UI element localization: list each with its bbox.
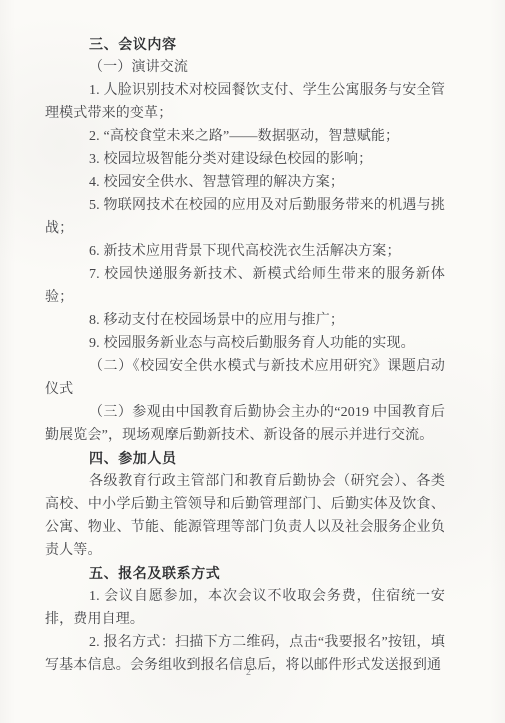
subsection-exhibition-visit: （三）参观由中国教育后勤协会主办的“2019 中国教育后勤展览会”，现场观摩后勤…: [45, 401, 445, 447]
document-body: 三、会议内容 （一）演讲交流 1. 人脸识别技术对校园餐饮支付、学生公寓服务与安…: [45, 33, 445, 677]
subsection-speech-exchange: （一）演讲交流: [45, 56, 445, 79]
list-item-7: 7. 校园快递服务新技术、新模式给师生带来的服务新体验；: [45, 263, 445, 309]
section-heading-meeting-content: 三、会议内容: [45, 33, 445, 56]
section-heading-registration: 五、报名及联系方式: [45, 562, 445, 585]
scanned-document-page: 三、会议内容 （一）演讲交流 1. 人脸识别技术对校园餐饮支付、学生公寓服务与安…: [0, 0, 505, 723]
list-item-4: 4. 校园安全供水、智慧管理的解决方案；: [45, 171, 445, 194]
list-item-1: 1. 人脸识别技术对校园餐饮支付、学生公寓服务与安全管理模式带来的变革；: [45, 79, 445, 125]
list-item-2: 2. “高校食堂未来之路”——数据驱动，智慧赋能；: [45, 125, 445, 148]
subsection-research-launch: （二）《校园安全供水模式与新技术应用研究》课题启动仪式: [45, 355, 445, 401]
list-item-8: 8. 移动支付在校园场景中的应用与推广；: [45, 309, 445, 332]
list-item-3: 3. 校园垃圾智能分类对建设绿色校园的影响；: [45, 148, 445, 171]
participants-paragraph: 各级教育行政主管部门和教育后勤协会（研究会）、各类高校、中小学后勤主管领导和后勤…: [45, 470, 445, 562]
list-item-5: 5. 物联网技术在校园的应用及对后勤服务带来的机遇与挑战；: [45, 194, 445, 240]
section-heading-participants: 四、参加人员: [45, 447, 445, 470]
registration-item-1: 1. 会议自愿参加，本次会议不收取会务费，住宿统一安排，费用自理。: [45, 585, 445, 631]
page-number: 2: [0, 667, 497, 678]
list-item-6: 6. 新技术应用背景下现代高校洗衣生活解决方案；: [45, 240, 445, 263]
list-item-9: 9. 校园服务新业态与高校后勤服务育人功能的实现。: [45, 332, 445, 355]
